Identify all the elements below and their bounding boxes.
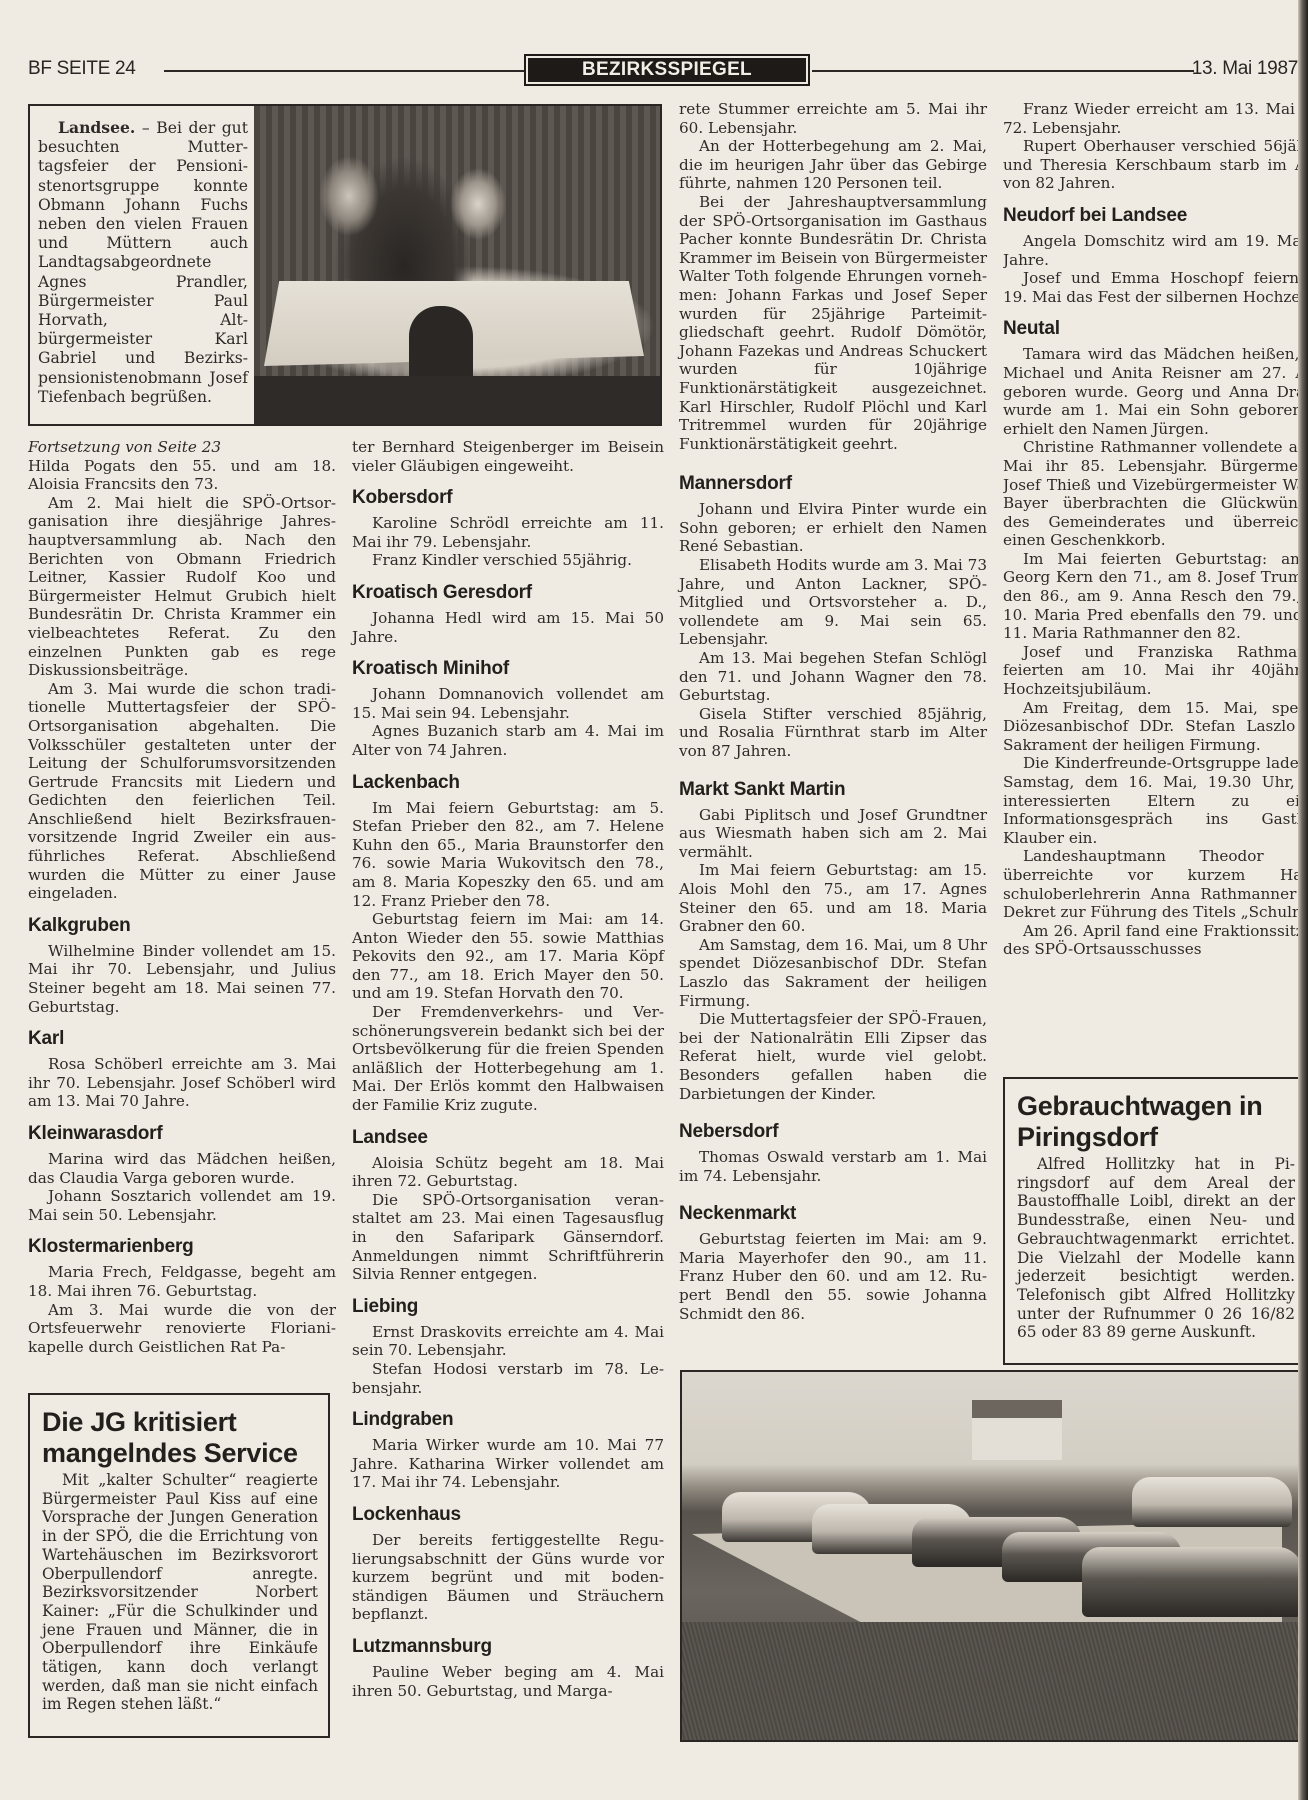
- paragraph: Marina wird das Mädchen hei­ßen, das Cla…: [28, 1150, 336, 1187]
- paragraph: Rosa Schöberl erreichte am 3. Mai ihr 70…: [28, 1055, 336, 1111]
- page-number-label: BF SEITE 24: [28, 58, 136, 80]
- paragraph: Gisela Stifter verschied 85jährig, und R…: [679, 705, 987, 761]
- section-heading-lackenbach: Lackenbach: [352, 772, 664, 794]
- section-heading-lindgraben: Lindgraben: [352, 1409, 664, 1431]
- section-heading-nebersdorf: Nebersdorf: [679, 1121, 987, 1143]
- jg-article-title: Die JG kritisiert mangelndes Service: [42, 1407, 318, 1469]
- paragraph: Josef und Emma Hoschopf feiern am 19. Ma…: [1003, 269, 1303, 306]
- paragraph: Geburtstag feierten im Mai: am 9. Maria …: [679, 1230, 987, 1323]
- section-heading-mannersdorf: Mannersdorf: [679, 473, 987, 495]
- photo-building: [972, 1400, 1062, 1460]
- paragraph: Der bereits fertiggestellte Regu­lierung…: [352, 1531, 664, 1624]
- paragraph: Im Mai feierten Geburtstag: am 7. Georg …: [1003, 550, 1303, 643]
- section-heading-lockenhaus: Lockenhaus: [352, 1504, 664, 1526]
- paragraph: Geburtstag feiern im Mai: am 14. Anton W…: [352, 910, 664, 1003]
- paragraph: Stefan Hodosi verstarb im 78. Le­bensjah…: [352, 1360, 664, 1397]
- issue-date: 13. Mai 1987: [1192, 58, 1298, 80]
- binding-gutter: [1298, 0, 1308, 1800]
- paragraph: Thomas Oswald verstarb am 1. Mai im 74. …: [679, 1148, 987, 1185]
- paragraph: Am 3. Mai wurde die schon tradi­tionelle…: [28, 680, 336, 903]
- paragraph: Angela Domschitz wird am 19. Mai 50 Jahr…: [1003, 232, 1303, 269]
- paragraph: Im Mai feiern Geburtstag: am 15. Alois M…: [679, 861, 987, 935]
- section-heading-lutzmannsburg: Lutzmannsburg: [352, 1636, 664, 1658]
- paragraph: Bei der Jahreshauptversamm­lung der SPÖ-…: [679, 193, 987, 453]
- gebrauchtwagen-article-box: Gebrauchtwagen in Piringsdorf Alfred Hol…: [1003, 1077, 1308, 1365]
- paragraph: Gabi Piplitsch und Josef Grundt­ner aus …: [679, 806, 987, 862]
- photo-car: [1082, 1547, 1302, 1617]
- paragraph: Aloisia Schütz begeht am 18. Mai ihren 7…: [352, 1154, 664, 1191]
- column-2: ter Bernhard Steigenberger im Bei­sein v…: [352, 438, 664, 1700]
- header-rule-right: [812, 70, 1194, 72]
- section-badge: BEZIRKSSPIEGEL: [524, 54, 810, 86]
- section-heading-landsee: Landsee: [352, 1127, 664, 1149]
- caption-lead: Landsee.: [58, 118, 135, 137]
- section-heading-markt-sankt-martin: Markt Sankt Martin: [679, 779, 987, 801]
- jg-article-box: Die JG kritisiert mangelndes Service Mit…: [28, 1393, 330, 1738]
- paragraph: Maria Wirker wurde am 10. Mai 77 Jahre. …: [352, 1436, 664, 1492]
- paragraph: Am 2. Mai hielt die SPÖ-Ortsor­ganisatio…: [28, 494, 336, 680]
- paragraph: Am 13. Mai begehen Stefan Schlögl den 71…: [679, 649, 987, 705]
- jg-article-text: Mit „kalter Schulter“ reagier­te Bürgerm…: [42, 1471, 318, 1714]
- page-header: BF SEITE 24 BEZIRKSSPIEGEL 13. Mai 1987: [24, 54, 1308, 88]
- photo-caption: Landsee. – Bei der gut besuchten Mutter­…: [38, 118, 248, 407]
- paragraph: Karoline Schrödl erreichte am 11. Mai ih…: [352, 514, 664, 551]
- section-heading-karl: Karl: [28, 1028, 336, 1050]
- header-rule-left: [164, 70, 550, 72]
- section-heading-kleinwarasdorf: Kleinwarasdorf: [28, 1123, 336, 1145]
- paragraph: Die Muttertagsfeier der SPÖ-Frauen, bei …: [679, 1010, 987, 1103]
- continued-note: Fortsetzung von Seite 23: [28, 438, 336, 457]
- paragraph: Der Fremdenverkehrs- und Ver­schönerungs…: [352, 1003, 664, 1115]
- paragraph: Rupert Oberhauser verschied 56jährig, un…: [1003, 137, 1303, 193]
- paragraph: Johann Domnanovich vollendet am 15. Mai …: [352, 685, 664, 722]
- section-heading-neckenmarkt: Neckenmarkt: [679, 1203, 987, 1225]
- column-3: rete Stummer erreichte am 5. Mai ihr 60.…: [679, 100, 987, 1323]
- photo-grass: [682, 1622, 1308, 1742]
- column-4: Franz Wieder erreicht am 13. Mai sein 72…: [1003, 100, 1303, 959]
- section-heading-neutal: Neutal: [1003, 318, 1303, 340]
- paragraph: ter Bernhard Steigenberger im Bei­sein v…: [352, 438, 664, 475]
- paragraph: Franz Wieder erreicht am 13. Mai sein 72…: [1003, 100, 1303, 137]
- paragraph: Agnes Buzanich starb am 4. Mai im Alter …: [352, 722, 664, 759]
- paragraph: Tamara wird das Mädchen hei­ßen, das Mic…: [1003, 345, 1303, 438]
- paragraph: Ernst Draskovits erreichte am 4. Mai sei…: [352, 1323, 664, 1360]
- paragraph: Pauline Weber beging am 4. Mai ihren 50.…: [352, 1663, 664, 1700]
- paragraph: Die Kinderfreunde-Ortsgruppe ladet für S…: [1003, 754, 1303, 847]
- paragraph: Franz Kindler verschied 55jäh­rig.: [352, 551, 664, 570]
- paragraph: Wilhelmine Binder vollendet am 15. Mai i…: [28, 942, 336, 1016]
- paragraph: Am Samstag, dem 16. Mai, um 8 Uhr spende…: [679, 936, 987, 1010]
- paragraph: Christine Rathmanner vollendete am 7. Ma…: [1003, 438, 1303, 550]
- section-heading-kalkgruben: Kalkgruben: [28, 915, 336, 937]
- section-heading-klostermarienberg: Klostermarienberg: [28, 1236, 336, 1258]
- paragraph: Johann Sosztarich vollendet am 19. Mai s…: [28, 1187, 336, 1224]
- muttertagsfeier-photo: [254, 106, 660, 424]
- newspaper-page: BF SEITE 24 BEZIRKSSPIEGEL 13. Mai 1987 …: [0, 0, 1308, 1800]
- section-heading-liebing: Liebing: [352, 1296, 664, 1318]
- section-heading-kobersdorf: Kobersdorf: [352, 487, 664, 509]
- paragraph: Im Mai feiern Geburtstag: am 5. Stefan P…: [352, 799, 664, 911]
- section-title: BEZIRKSSPIEGEL: [528, 58, 806, 82]
- section-heading-kroatisch-minihof: Kroatisch Minihof: [352, 658, 664, 680]
- paragraph: Am Freitag, dem 15. Mai, spendet Diözesa…: [1003, 699, 1303, 755]
- paragraph: Die SPÖ-Ortsorganisation veran­staltet a…: [352, 1191, 664, 1284]
- paragraph: Johann und Elvira Pinter wurde ein Sohn …: [679, 500, 987, 556]
- section-heading-neudorf-bei-landsee: Neudorf bei Landsee: [1003, 205, 1303, 227]
- section-heading-kroatisch-geresdorf: Kroatisch Geresdorf: [352, 582, 664, 604]
- paragraph: Am 3. Mai wurde die von der Ortsfeuerweh…: [28, 1301, 336, 1357]
- paragraph: rete Stummer erreichte am 5. Mai ihr 60.…: [679, 100, 987, 137]
- gebrauchtwagen-title: Gebrauchtwagen in Piringsdorf: [1017, 1091, 1295, 1153]
- caption-text: – Bei der gut besuchten Mutter­tagsfeier…: [38, 119, 248, 406]
- gebrauchtwagen-text: Alfred Hollitzky hat in Pi­ringsdorf auf…: [1017, 1155, 1295, 1342]
- column-1: Fortsetzung von Seite 23 Hilda Pogats de…: [28, 438, 336, 1356]
- paragraph: Johanna Hedl wird am 15. Mai 50 Jahre.: [352, 609, 664, 646]
- photo-car: [1132, 1477, 1292, 1527]
- paragraph: An der Hotterbegehung am 2. Mai, die im …: [679, 137, 987, 193]
- paragraph: Elisabeth Hodits wurde am 3. Mai 73 Jahr…: [679, 556, 987, 649]
- paragraph: Am 26. April fand eine Fraktions­sitzung…: [1003, 922, 1303, 959]
- paragraph: Landeshauptmann Theodor Kery überreichte…: [1003, 847, 1303, 921]
- paragraph: Josef und Franziska Rathmanner feierten …: [1003, 643, 1303, 699]
- landsee-photo-box: Landsee. – Bei der gut besuchten Mutter­…: [28, 104, 662, 426]
- paragraph: Hilda Pogats den 55. und am 18. Aloisia …: [28, 457, 336, 494]
- photo-floor: [254, 376, 660, 424]
- paragraph: Maria Frech, Feldgasse, begeht am 18. Ma…: [28, 1263, 336, 1300]
- car-lot-photo: [680, 1370, 1308, 1742]
